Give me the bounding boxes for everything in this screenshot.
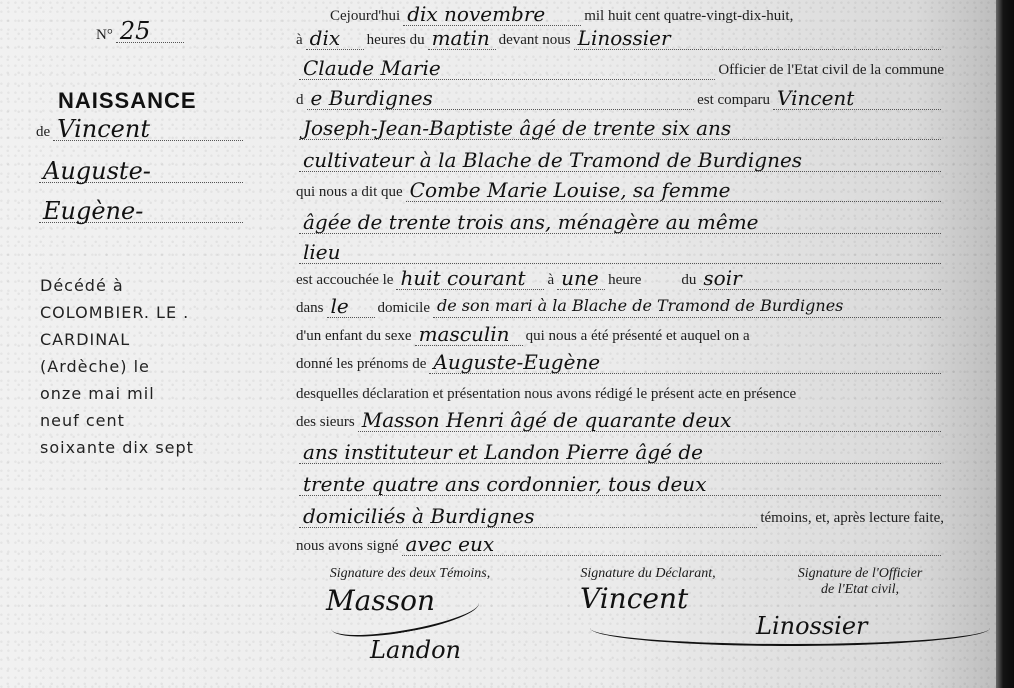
label: témoins, et, après lecture faite,: [760, 508, 944, 528]
birth-record-page: N°25 NAISSANCE deVincent Auguste- Eugène…: [0, 0, 996, 688]
body-line-6: cultivateur à la Blache de Tramond de Bu…: [296, 146, 944, 172]
witnesses-signature-label: Signature des deux Témoins,: [290, 566, 530, 582]
officer-flourish: [590, 610, 990, 646]
period-value: matin: [428, 27, 496, 50]
prefix-label: de: [36, 124, 50, 141]
body-line-14: desquelles déclaration et présentation n…: [296, 378, 944, 404]
child-given-names: Auguste-Eugène: [429, 351, 941, 374]
label: des sieurs: [296, 412, 355, 432]
officer-surname: Linossier: [574, 27, 941, 50]
given-name-1: Auguste-: [39, 160, 243, 183]
mother-details: âgée de trente trois ans, ménagère au mê…: [299, 211, 941, 234]
body-line-18: domiciliés à Burdignes témoins, et, aprè…: [296, 502, 944, 528]
label: Cejourd'hui: [330, 6, 400, 26]
margin-given-1: Auguste-: [36, 160, 246, 183]
number-label: N°: [96, 27, 113, 43]
scan-edge: [996, 0, 1014, 688]
margin-surname: deVincent: [36, 118, 246, 141]
declarant-surname: Vincent: [773, 87, 941, 110]
label: à: [296, 30, 303, 50]
body-line-11: dans le domicile de son mari à la Blache…: [296, 292, 944, 318]
body-line-12: d'un enfant du sexe masculin qui nous a …: [296, 320, 944, 346]
given-name-2: Eugène-: [39, 200, 243, 223]
surname-value: Vincent: [53, 118, 243, 141]
body-line-1: Cejourd'hui dix novembre mil huit cent q…: [296, 0, 944, 26]
body-line-5: Joseph-Jean-Baptiste âgé de trente six a…: [296, 114, 944, 140]
mother-name: Combe Marie Louise, sa femme: [406, 179, 941, 202]
declarant-signature: Vincent: [580, 582, 688, 615]
body-line-3: Claude Marie Officier de l'Etat civil de…: [296, 54, 944, 80]
signed-with: avec eux: [402, 533, 942, 556]
body-line-19: nous avons signé avec eux: [296, 530, 944, 556]
officer-signature-label: Signature de l'Officier de l'Etat civil,: [760, 566, 960, 598]
officer-given-names: Claude Marie: [299, 57, 715, 80]
mother-residence: lieu: [299, 241, 941, 264]
officer-label-line-2: de l'Etat civil,: [760, 582, 960, 598]
label: Officier de l'Etat civil de la commune: [718, 60, 944, 80]
label: domicile: [378, 298, 431, 318]
label: devant nous: [499, 30, 571, 50]
label: qui nous a été présenté et auquel on a: [526, 326, 750, 346]
death-annotation: Décédé à COLOMBIER. LE . CARDINAL (Ardèc…: [40, 272, 280, 461]
record-type-title: NAISSANCE: [58, 88, 197, 114]
witness-residence: domiciliés à Burdignes: [299, 505, 757, 528]
label: dans: [296, 298, 324, 318]
annotation-line: Décédé à: [40, 272, 280, 299]
declarant-details: Joseph-Jean-Baptiste âgé de trente six a…: [299, 117, 941, 140]
label: du: [681, 270, 696, 290]
label: desquelles déclaration et présentation n…: [296, 384, 796, 404]
birth-date: huit courant: [396, 267, 544, 290]
label: à: [547, 270, 554, 290]
declarant-signature-label: Signature du Déclarant,: [548, 566, 748, 582]
label: nous avons signé: [296, 536, 399, 556]
body-line-4: d e Burdignes est comparu Vincent: [296, 84, 944, 110]
annotation-line: COLOMBIER. LE .: [40, 299, 280, 326]
hour-value: dix: [306, 27, 364, 50]
body-line-7: qui nous a dit que Combe Marie Louise, s…: [296, 176, 944, 202]
birth-place: de son mari à la Blache de Tramond de Bu…: [433, 295, 941, 318]
witness-details: ans instituteur et Landon Pierre âgé de: [299, 441, 941, 464]
label: d'un enfant du sexe: [296, 326, 412, 346]
article-value: le: [327, 295, 375, 318]
label: heure: [608, 270, 641, 290]
label: heures du: [367, 30, 425, 50]
body-line-2: à dix heures du matin devant nous Linoss…: [296, 24, 944, 50]
label: est comparu: [697, 90, 770, 110]
label: qui nous a dit que: [296, 182, 403, 202]
margin-given-2: Eugène-: [36, 200, 246, 223]
body-line-15: des sieurs Masson Henri âgé de quarante …: [296, 406, 944, 432]
date-value: dix novembre: [403, 3, 581, 26]
officer-label-line-1: Signature de l'Officier: [760, 566, 960, 582]
label: mil huit cent quatre-vingt-dix-huit,: [584, 6, 793, 26]
record-number: N°25: [96, 20, 187, 44]
declarant-occupation: cultivateur à la Blache de Tramond de Bu…: [299, 149, 941, 172]
body-line-17: trente quatre ans cordonnier, tous deux: [296, 470, 944, 496]
birth-hour: une: [557, 267, 605, 290]
witness-2-signature: Landon: [370, 636, 461, 664]
body-line-8: âgée de trente trois ans, ménagère au mê…: [296, 208, 944, 234]
sex-value: masculin: [415, 323, 523, 346]
body-line-13: donné les prénoms de Auguste-Eugène: [296, 348, 944, 374]
annotation-line: onze mai mil: [40, 380, 280, 407]
annotation-line: soixante dix sept: [40, 434, 280, 461]
annotation-line: (Ardèche) le: [40, 353, 280, 380]
annotation-line: CARDINAL: [40, 326, 280, 353]
witness-2-details: trente quatre ans cordonnier, tous deux: [299, 473, 941, 496]
commune-value: e Burdignes: [307, 87, 695, 110]
number-value: 25: [116, 20, 184, 43]
body-line-16: ans instituteur et Landon Pierre âgé de: [296, 438, 944, 464]
label: d: [296, 90, 304, 110]
body-line-10: est accouchée le huit courant à une heur…: [296, 264, 944, 290]
label: est accouchée le: [296, 270, 393, 290]
witness-1-details: Masson Henri âgé de quarante deux: [358, 409, 941, 432]
birth-period: soir: [699, 267, 941, 290]
annotation-line: neuf cent: [40, 407, 280, 434]
label: donné les prénoms de: [296, 354, 426, 374]
body-line-9: lieu: [296, 238, 944, 264]
